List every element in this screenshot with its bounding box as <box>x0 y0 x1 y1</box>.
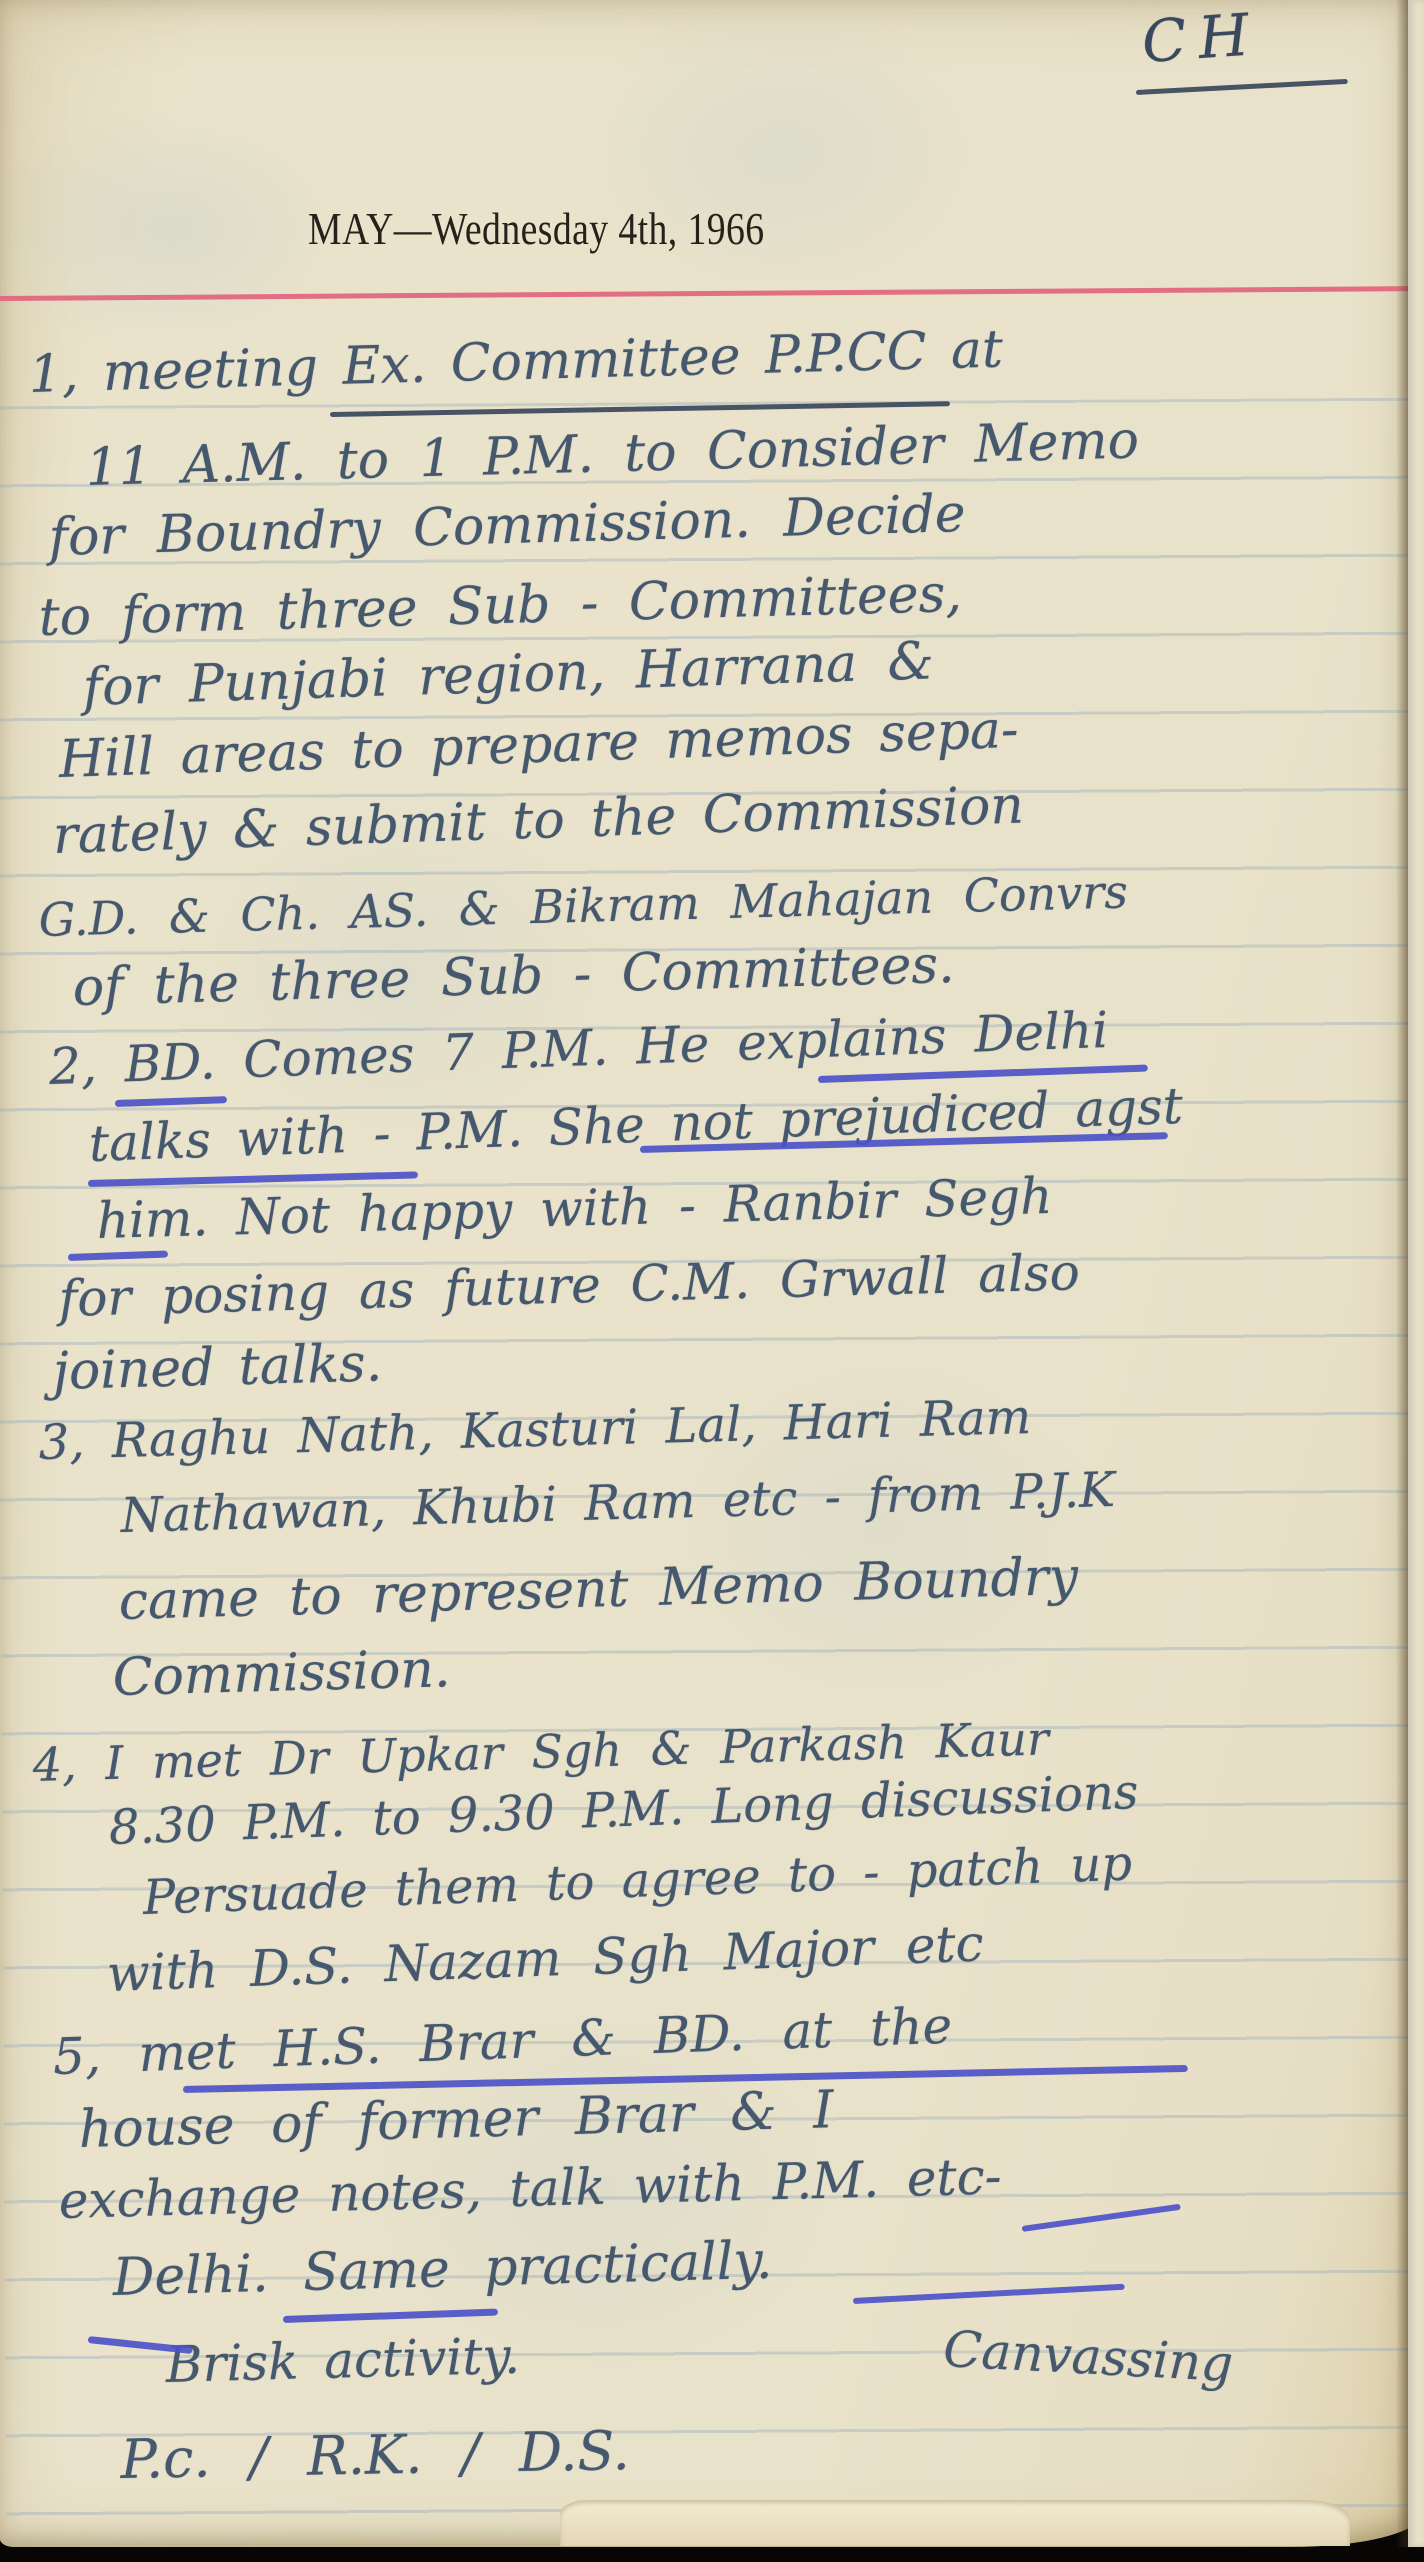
torn-paper-edge <box>560 2500 1350 2546</box>
handwritten-line-27: Brisk activity. <box>165 2327 521 2394</box>
handwritten-line-29: P.c. / R.K. / D.S. <box>120 2419 630 2491</box>
underline-stroke-12 <box>853 2284 1125 2304</box>
handwritten-line-8: G.D. & Ch. AS. & Bikram Mahajan Convrs <box>38 864 1128 946</box>
corner-mark: CH <box>1140 0 1263 76</box>
handwritten-line-3: for Boundry Commission. Decide <box>48 484 966 568</box>
handwritten-line-5: for Punjabi region, Harrana & <box>82 631 935 718</box>
underline-stroke-7 <box>68 1251 168 1261</box>
next-page-sliver <box>1408 0 1424 2547</box>
margin-rule <box>0 286 1424 301</box>
handwritten-line-11: talks with - P.M. She not prejudiced ags… <box>88 1077 1184 1173</box>
page-gutter-crease <box>1396 0 1408 2547</box>
handwritten-line-14: joined talks. <box>52 1333 383 1402</box>
handwritten-line-25: exchange notes, talk with P.M. etc- <box>58 2147 1002 2230</box>
underline-stroke-3 <box>115 1096 227 1107</box>
handwritten-line-15: 3, Raghu Nath, Kasturi Lal, Hari Ram <box>38 1389 1032 1471</box>
underline-stroke-9 <box>1022 2204 1181 2232</box>
handwritten-line-13: for posing as future C.M. Grwall also <box>58 1243 1080 1328</box>
handwritten-line-26: Delhi. Same practically. <box>112 2231 773 2308</box>
handwritten-line-1: 1, meeting Ex. Committee P.P.CC at <box>28 319 1004 404</box>
handwritten-line-28: Canvassing <box>942 2320 1234 2393</box>
page-title-date: MAY—Wednesday 4th, 1966 <box>308 202 765 255</box>
handwritten-line-17: came to represent Memo Boundry <box>118 1547 1079 1632</box>
handwritten-line-16: Nathawan, Khubi Ram etc - from P.J.K <box>120 1462 1116 1544</box>
handwritten-line-9: of the three Sub - Committees. <box>72 935 955 1018</box>
handwritten-line-10: 2, BD. Comes 7 P.M. He explains Delhi <box>48 1001 1109 1096</box>
handwritten-line-22: with D.S. Nazam Sgh Major etc <box>106 1914 984 2003</box>
scan-background: CH MAY—Wednesday 4th, 1966 1, meeting Ex… <box>0 0 1424 2562</box>
underline-stroke-2 <box>330 401 950 417</box>
diary-page: CH MAY—Wednesday 4th, 1966 1, meeting Ex… <box>0 0 1420 2547</box>
underline-stroke-10 <box>283 2308 498 2322</box>
underline-stroke-1 <box>1136 79 1348 95</box>
handwritten-line-7: rately & submit to the Commission <box>52 775 1025 865</box>
handwritten-line-2: 11 A.M. to 1 P.M. to Consider Memo <box>85 410 1140 498</box>
handwritten-line-18: Commission. <box>112 1639 451 1708</box>
